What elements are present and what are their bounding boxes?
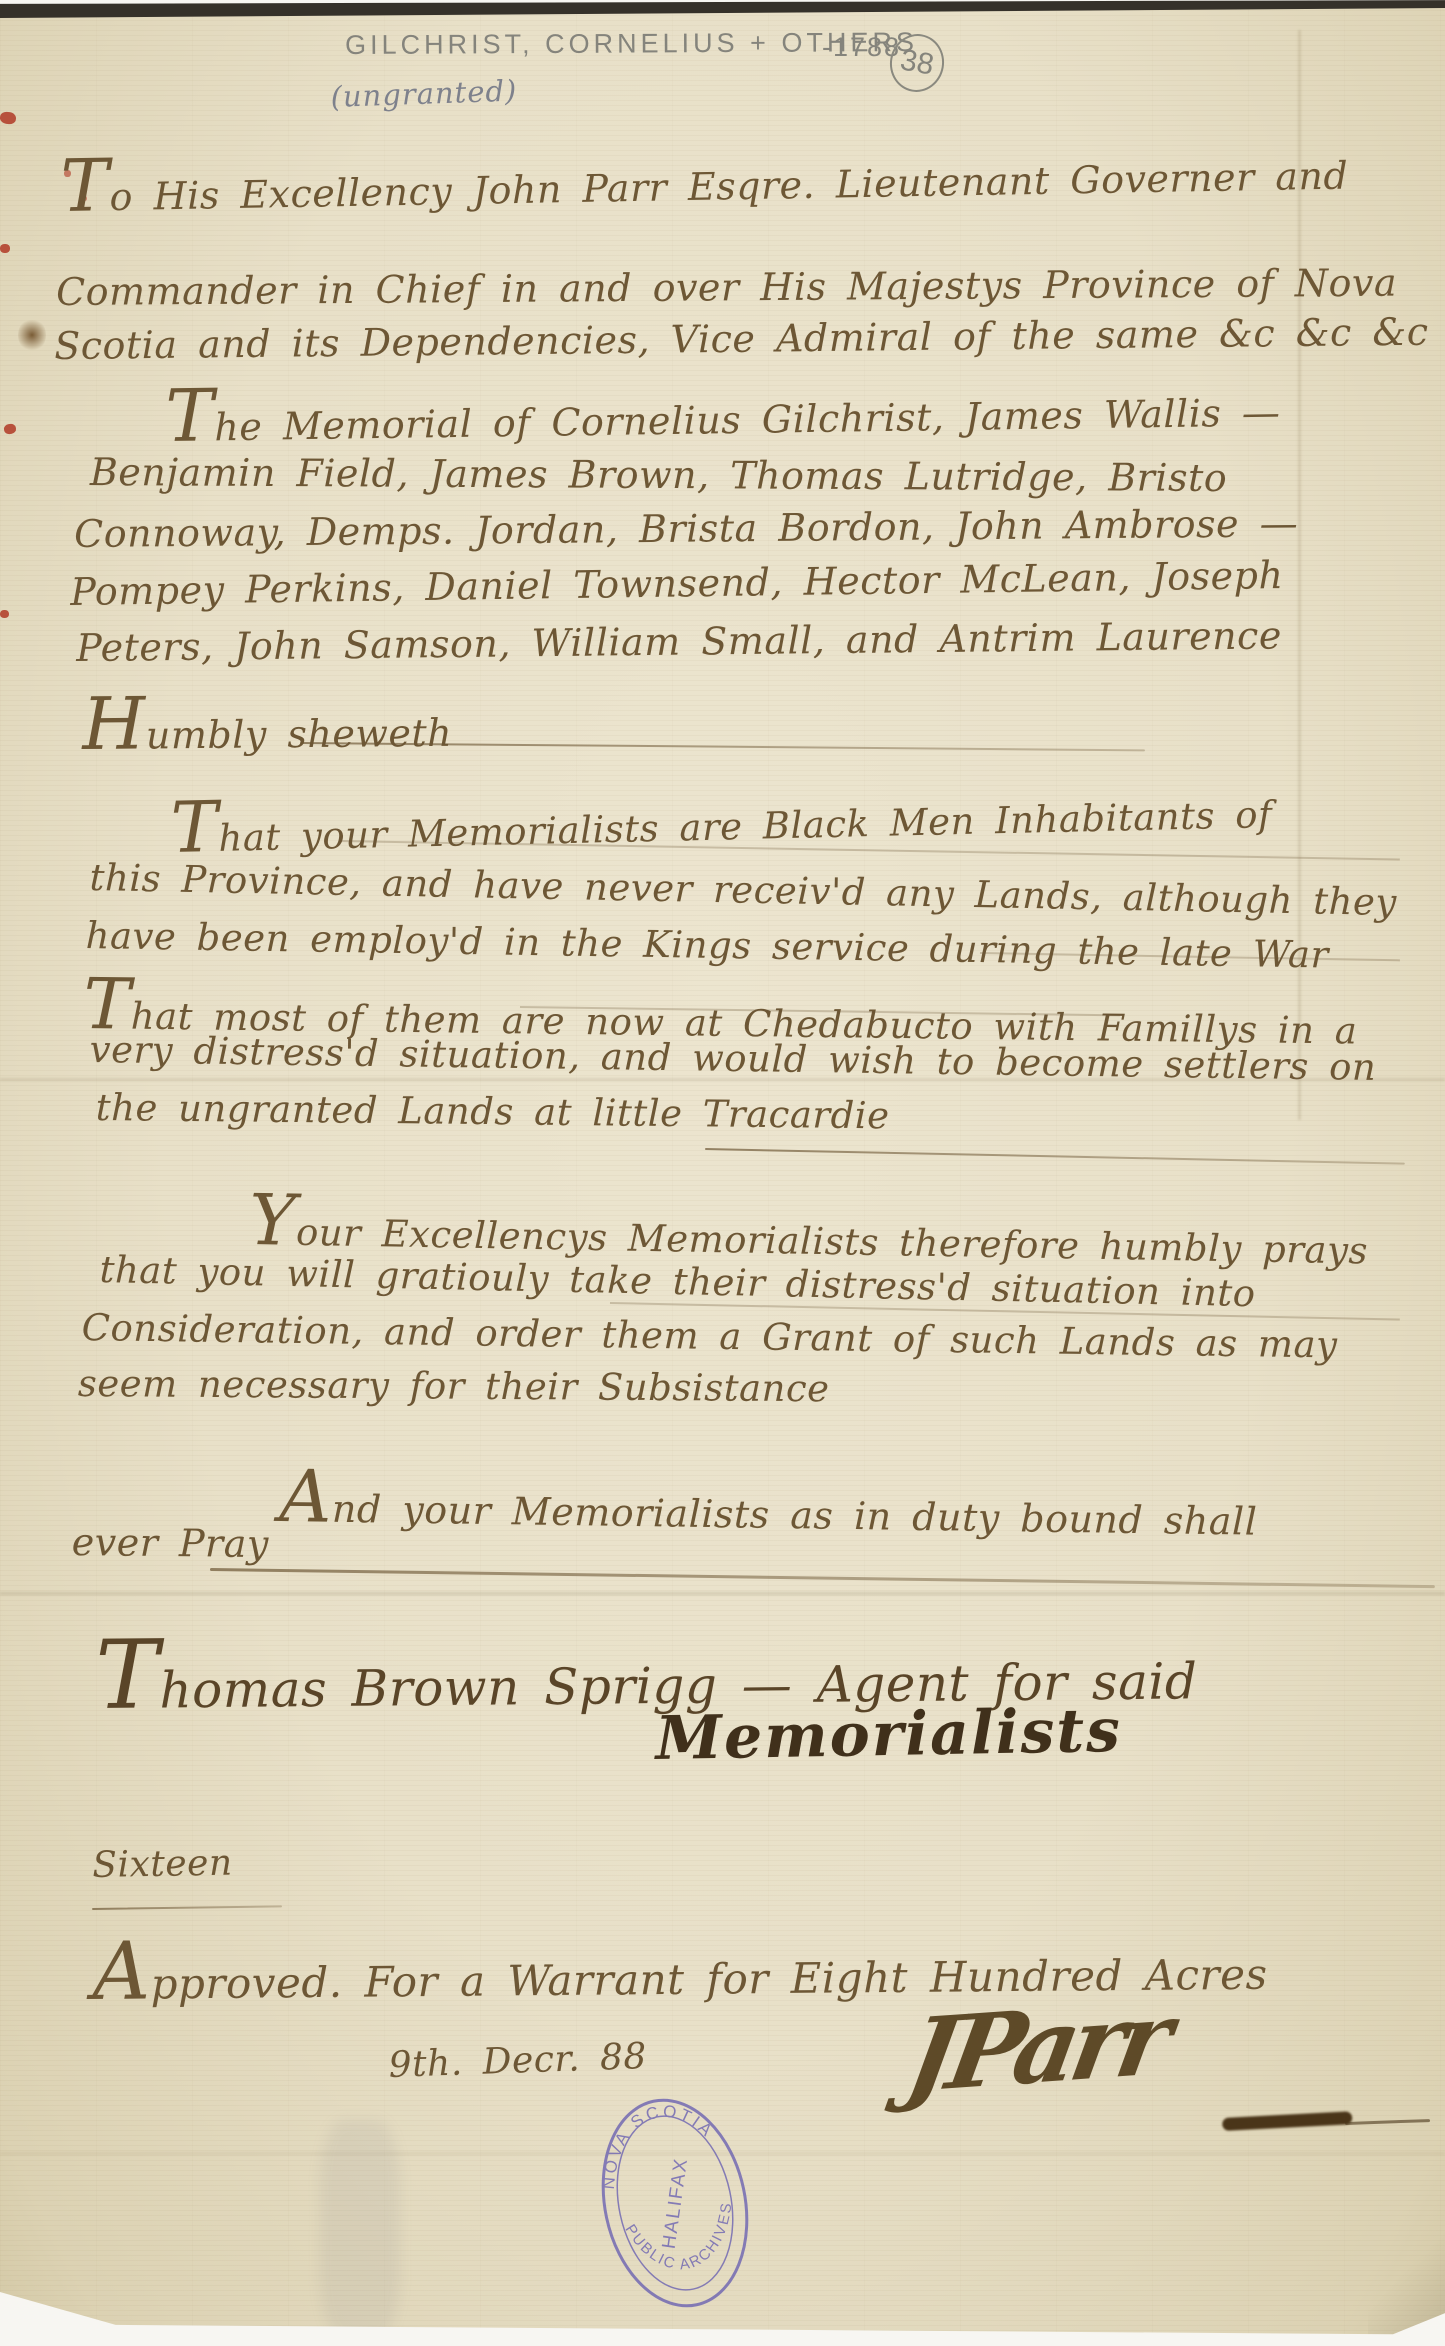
red-edge-mark — [0, 610, 9, 618]
red-edge-mark — [3, 423, 17, 435]
agent-signature-memorialists: Memorialists — [655, 1698, 1122, 1772]
stamp-arc-top-text: NOVA SCOTIA — [584, 2091, 726, 2194]
closing-line-1: And your Memorialists as in duty bound s… — [279, 1458, 1258, 1551]
svg-text:NOVA SCOTIA: NOVA SCOTIA — [584, 2091, 726, 2194]
memorial-sheweth: Humbly sheweth — [82, 683, 452, 766]
memorial-line-2: Benjamin Field, James Brown, Thomas Lutr… — [90, 452, 1227, 500]
stamp-center-text: HALIFAX — [659, 2156, 693, 2250]
archive-year: -1788 — [822, 32, 901, 63]
petition-line-2: this Province, and have never receiv'd a… — [89, 858, 1397, 924]
memorial-line-3: Connoway, Demps. Jordan, Brista Bordon, … — [74, 503, 1298, 555]
corner-curl-shadow — [1368, 2230, 1445, 2346]
salutation-line-2: Commander in Chief in and over His Majes… — [56, 263, 1397, 314]
ungranted-note: (ungranted) — [330, 73, 518, 113]
gray-streak — [320, 2120, 400, 2340]
petition-line-1: That your Memorialists are Black Men Inh… — [170, 765, 1273, 867]
document-scan: GILCHRIST, CORNELIUS + OTHERS -1788 38 (… — [0, 0, 1445, 2346]
horizontal-fold-crease-lower — [0, 1592, 1445, 1595]
memorial-line-4: Pompey Perkins, Daniel Townsend, Hector … — [70, 555, 1284, 614]
prayer-line-4: seem necessary for their Subsistance — [78, 1364, 830, 1410]
archive-stamp: NOVA SCOTIA PUBLIC ARCHIVES HALIFAX — [579, 2081, 771, 2325]
flourish-rule-long — [210, 1568, 1435, 1588]
red-edge-mark — [0, 111, 17, 125]
paper-sheet: GILCHRIST, CORNELIUS + OTHERS -1788 38 (… — [0, 0, 1445, 2346]
count-note: Sixteen — [92, 1844, 233, 1886]
governor-signature: JParr — [899, 1978, 1174, 2116]
petition-line-6: the ungranted Lands at little Tracardie — [96, 1088, 890, 1137]
closing-line-2: ever Pray — [72, 1522, 269, 1566]
petition-line-3: have been employ'd in the Kings service … — [85, 916, 1329, 976]
signature-smudge — [1222, 2111, 1353, 2131]
prayer-line-3: Consideration, and order them a Grant of… — [81, 1308, 1337, 1366]
red-edge-mark — [0, 244, 10, 253]
salutation-line-3: Scotia and its Dependencies, Vice Admira… — [54, 312, 1429, 368]
flourish-rule — [705, 1148, 1405, 1165]
ink-blotch — [18, 318, 46, 352]
signature-tail — [1345, 2119, 1430, 2125]
approval-date: 9th. Decr. 88 — [388, 2037, 647, 2086]
salutation-line-1: To His Excellency John Parr Esqre. Lieut… — [60, 126, 1349, 228]
count-underline — [92, 1905, 282, 1910]
memorial-line-5: Peters, John Samson, William Small, and … — [76, 615, 1282, 669]
memorial-line-1: The Memorial of Cornelius Gilchrist, Jam… — [165, 362, 1281, 457]
